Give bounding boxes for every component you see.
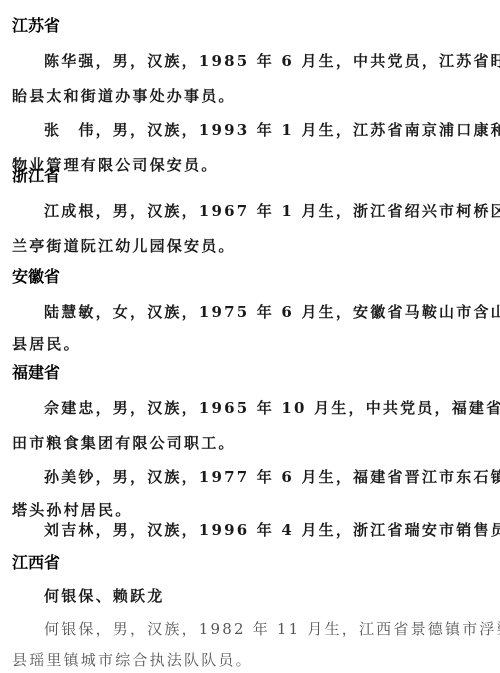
group-title-he-yinbao-lai-yuelong: 何银保、赖跃龙: [44, 586, 500, 606]
entry-lu-huimin-line2: 县居民。: [12, 334, 490, 354]
entry-jiang-chenggen-line1: 江成根，男，汉族，1967 年 1 月生，浙江省绍兴市柯桥区: [44, 201, 500, 221]
province-heading-anhui: 安徽省: [12, 267, 490, 287]
entry-she-jianzhong-line2: 田市粮食集团有限公司职工。: [12, 433, 490, 453]
province-heading-fujian: 福建省: [12, 363, 490, 383]
entry-sun-meichao-line1: 孙美钞，男，汉族，1977 年 6 月生，福建省晋江市东石镇: [44, 467, 500, 487]
document-page: 江苏省 陈华强，男，汉族，1985 年 6 月生，中共党员，江苏省盱 眙县太和街…: [0, 0, 500, 673]
entry-he-yinbao-line2: 县瑶里镇城市综合执法队队员。: [12, 650, 490, 670]
entry-lu-huimin-line1: 陆慧敏，女，汉族，1975 年 6 月生，安徽省马鞍山市含山: [44, 302, 500, 322]
entry-he-yinbao-line1: 何银保，男，汉族，1982 年 11 月生，江西省景德镇市浮梁: [44, 619, 500, 639]
entry-zhang-wei-line1: 张 伟，男，汉族，1993 年 1 月生，江苏省南京浦口康和: [44, 120, 500, 140]
entry-chen-huaqiang-line1: 陈华强，男，汉族，1985 年 6 月生，中共党员，江苏省盱: [44, 51, 500, 71]
entry-sun-meichao-line2: 塔头孙村居民。: [12, 500, 490, 520]
entry-she-jianzhong-line1: 佘建忠，男，汉族，1965 年 10 月生，中共党员，福建省莆: [44, 398, 500, 418]
province-heading-jiangsu: 江苏省: [12, 16, 490, 36]
entry-chen-huaqiang-line2: 眙县太和街道办事处办事员。: [12, 86, 490, 106]
province-heading-zhejiang: 浙江省: [12, 166, 490, 186]
entry-liu-jilin-line1: 刘吉林，男，汉族，1996 年 4 月生，浙江省瑞安市销售员。: [44, 520, 500, 540]
province-heading-jiangxi: 江西省: [12, 553, 490, 573]
entry-jiang-chenggen-line2: 兰亭街道阮江幼儿园保安员。: [12, 236, 490, 256]
